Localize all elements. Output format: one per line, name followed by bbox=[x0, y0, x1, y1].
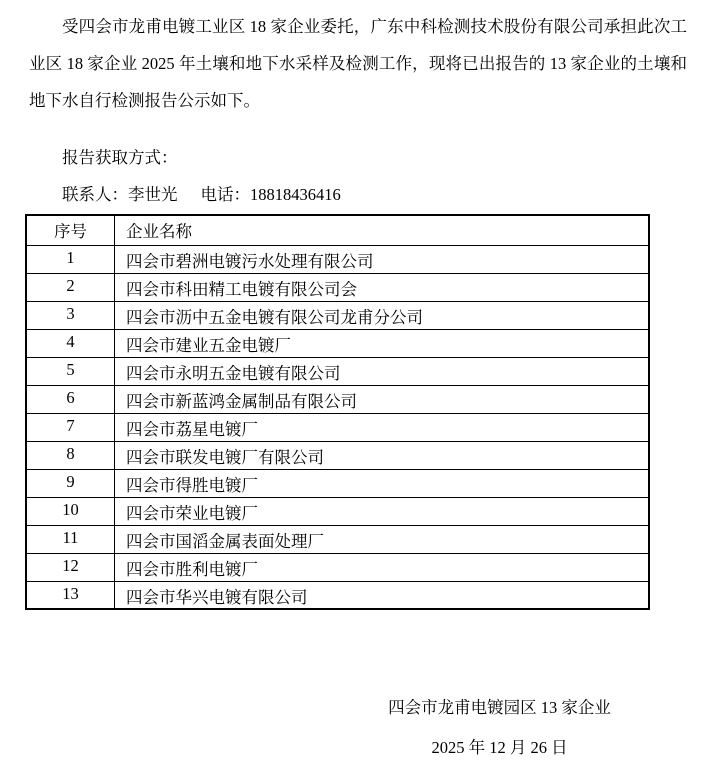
row-company-name-cell: 四会市新蓝鸿金属制品有限公司 bbox=[115, 385, 650, 413]
row-index-cell: 1 bbox=[26, 245, 115, 273]
row-index-cell: 4 bbox=[26, 329, 115, 357]
contact-label: 联系人： bbox=[62, 185, 128, 204]
table-row: 10 四会市荣业电镀厂 bbox=[26, 497, 649, 525]
table-row: 11 四会市国滔金属表面处理厂 bbox=[26, 525, 649, 553]
table-row: 5 四会市永明五金电镀有限公司 bbox=[26, 357, 649, 385]
row-index-cell: 9 bbox=[26, 469, 115, 497]
table-row: 9 四会市得胜电镀厂 bbox=[26, 469, 649, 497]
contact-name: 李世光 bbox=[128, 185, 178, 204]
row-index-cell: 11 bbox=[26, 525, 115, 553]
row-company-name-cell: 四会市永明五金电镀有限公司 bbox=[115, 357, 650, 385]
table-row: 4 四会市建业五金电镀厂 bbox=[26, 329, 649, 357]
row-company-name-cell: 四会市得胜电镀厂 bbox=[115, 469, 650, 497]
phone-label: 电话： bbox=[201, 185, 251, 204]
row-company-name-cell: 四会市荔星电镀厂 bbox=[115, 413, 650, 441]
table-header-index: 序号 bbox=[26, 215, 115, 245]
row-index-cell: 12 bbox=[26, 553, 115, 581]
table-row: 3 四会市沥中五金电镀有限公司龙甫分公司 bbox=[26, 301, 649, 329]
table-row: 2 四会市科田精工电镀有限公司会 bbox=[26, 273, 649, 301]
table-row: 12 四会市胜利电镀厂 bbox=[26, 553, 649, 581]
row-index-cell: 13 bbox=[26, 581, 115, 609]
intro-paragraph: 受四会市龙甫电镀工业区 18 家企业委托，广东中科检测技术股份有限公司承担此次工… bbox=[29, 8, 687, 119]
row-company-name-cell: 四会市胜利电镀厂 bbox=[115, 553, 650, 581]
row-index-cell: 2 bbox=[26, 273, 115, 301]
row-company-name-cell: 四会市科田精工电镀有限公司会 bbox=[115, 273, 650, 301]
contact-line: 联系人：李世光电话：18818436416 bbox=[62, 176, 711, 213]
footer-date: 2025 年 12 月 26 日 bbox=[288, 738, 711, 758]
table-header-row: 序号 企业名称 bbox=[26, 215, 649, 245]
intro-line-3: 地下水自行检测报告公示如下。 bbox=[29, 82, 687, 119]
company-table: 序号 企业名称 1 四会市碧洲电镀污水处理有限公司 2 四会市科田精工电镀有限公… bbox=[25, 214, 650, 610]
row-index-cell: 3 bbox=[26, 301, 115, 329]
row-company-name-cell: 四会市建业五金电镀厂 bbox=[115, 329, 650, 357]
row-index-cell: 10 bbox=[26, 497, 115, 525]
row-company-name-cell: 四会市荣业电镀厂 bbox=[115, 497, 650, 525]
phone-number: 18818436416 bbox=[250, 185, 341, 204]
footer-organization: 四会市龙甫电镀园区 13 家企业 bbox=[288, 698, 711, 718]
intro-line-1: 受四会市龙甫电镀工业区 18 家企业委托，广东中科检测技术股份有限公司承担此次工 bbox=[29, 8, 687, 45]
table-row: 6 四会市新蓝鸿金属制品有限公司 bbox=[26, 385, 649, 413]
row-company-name-cell: 四会市华兴电镀有限公司 bbox=[115, 581, 650, 609]
row-index-cell: 8 bbox=[26, 441, 115, 469]
intro-line-2: 业区 18 家企业 2025 年土壤和地下水采样及检测工作，现将已出报告的 13… bbox=[29, 45, 687, 82]
table-row: 7 四会市荔星电镀厂 bbox=[26, 413, 649, 441]
row-index-cell: 6 bbox=[26, 385, 115, 413]
table-row: 8 四会市联发电镀厂有限公司 bbox=[26, 441, 649, 469]
report-access-heading: 报告获取方式： bbox=[62, 139, 711, 176]
row-company-name-cell: 四会市碧洲电镀污水处理有限公司 bbox=[115, 245, 650, 273]
table-row: 13 四会市华兴电镀有限公司 bbox=[26, 581, 649, 609]
document-page: 受四会市龙甫电镀工业区 18 家企业委托，广东中科检测技术股份有限公司承担此次工… bbox=[0, 0, 711, 767]
row-index-cell: 5 bbox=[26, 357, 115, 385]
row-company-name-cell: 四会市联发电镀厂有限公司 bbox=[115, 441, 650, 469]
row-company-name-cell: 四会市国滔金属表面处理厂 bbox=[115, 525, 650, 553]
table-header-company: 企业名称 bbox=[115, 215, 650, 245]
row-company-name-cell: 四会市沥中五金电镀有限公司龙甫分公司 bbox=[115, 301, 650, 329]
row-index-cell: 7 bbox=[26, 413, 115, 441]
table-row: 1 四会市碧洲电镀污水处理有限公司 bbox=[26, 245, 649, 273]
